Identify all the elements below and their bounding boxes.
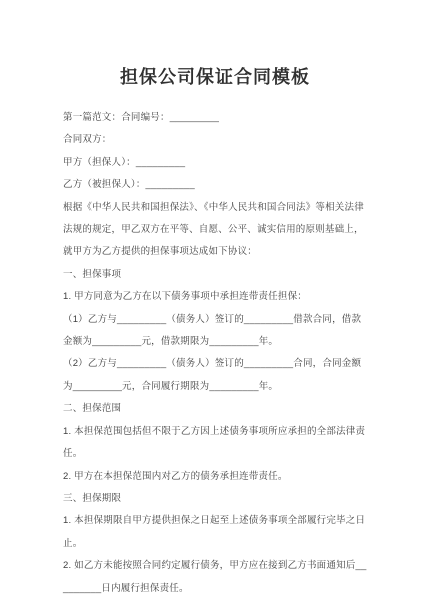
document-title: 担保公司保证合同模板 bbox=[63, 64, 367, 90]
section-1-item-1-sub-2: （2）乙方与_________（债务人）签订的_________合同，合同金额为… bbox=[63, 353, 367, 398]
section-3-item-2: 2. 如乙方未能按照合同约定履行债务，甲方应在接到乙方书面通知后________… bbox=[63, 555, 367, 600]
section-2-heading: 二、担保范围 bbox=[63, 398, 367, 420]
party-b-line: 乙方（被担保人）：_________ bbox=[63, 174, 367, 196]
section-3-item-1: 1. 本担保期限自甲方提供担保之日起至上述债务事项全部履行完毕之日止。 bbox=[63, 510, 367, 555]
section-2-item-1: 1. 本担保范围包括但不限于乙方因上述债务事项所应承担的全部法律责任。 bbox=[63, 421, 367, 466]
preamble: 根据《中华人民共和国担保法》、《中华人民共和国合同法》等相关法律法规的规定，甲乙… bbox=[63, 197, 367, 264]
section-2-item-2: 2. 甲方在本担保范围内对乙方的债务承担连带责任。 bbox=[63, 466, 367, 488]
section-3-heading: 三、担保期限 bbox=[63, 488, 367, 510]
document-body: 第一篇范文：合同编号：_________合同双方：甲方（担保人）：_______… bbox=[63, 107, 367, 600]
parties-heading: 合同双方： bbox=[63, 129, 367, 151]
party-a-line: 甲方（担保人）：_________ bbox=[63, 152, 367, 174]
section-1-heading: 一、担保事项 bbox=[63, 264, 367, 286]
document-page: { "colors": { "background": "#ffffff", "… bbox=[0, 0, 424, 600]
section-1-item-1-sub-1: （1）乙方与_________（债务人）签订的_________借款合同，借款金… bbox=[63, 309, 367, 354]
contract-document: 担保公司保证合同模板 第一篇范文：合同编号：_________合同双方：甲方（担… bbox=[0, 0, 424, 600]
intro-line: 第一篇范文：合同编号：_________ bbox=[63, 107, 367, 129]
section-1-item-1: 1. 甲方同意为乙方在以下债务事项中承担连带责任担保： bbox=[63, 286, 367, 308]
